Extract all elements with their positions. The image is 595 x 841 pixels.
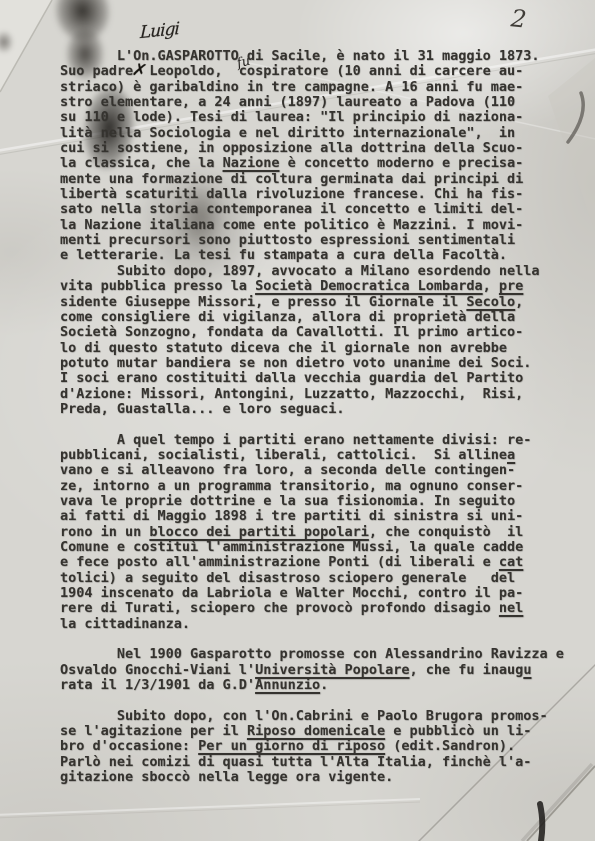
- text-line: e fece posto all'amministrazione Ponti (…: [60, 555, 580, 570]
- text-line: gitazione sboccò nella legge ora vigente…: [60, 770, 580, 785]
- typed-text-segment: Subito dopo, 1897, avvocato a Milano eso…: [60, 263, 540, 279]
- typed-text-segment: e fece posto all'amministrazione Ponti (…: [60, 554, 499, 570]
- text-line: sato nella storia contemporanea il conce…: [60, 202, 580, 217]
- typed-text-segment: come consigliere di vigilanza, allora di…: [60, 309, 515, 325]
- typed-text-segment: vava le proprie dottrine e la sua fision…: [60, 493, 515, 509]
- typed-text-segment: Preda, Guastalla... e loro seguaci.: [60, 401, 344, 417]
- typed-text-segment: e pubblicò un li-: [385, 723, 531, 739]
- typed-text-segment: , che conquistò il: [369, 524, 523, 540]
- text-line: d'Azione: Missori, Antongini, Luzzatto, …: [60, 387, 580, 402]
- underlined-text: Riposo domenicale: [247, 723, 385, 739]
- typed-text-segment: mente una formazione di coltura germinat…: [60, 171, 523, 187]
- typed-text-segment: e letterarie. La tesi fu stampata a cura…: [60, 247, 507, 263]
- typed-text-segment: I soci erano costituiti dalla vecchia gu…: [60, 370, 523, 386]
- typed-text-segment: Subito dopo, con l'On.Cabrini e Paolo Br…: [60, 708, 548, 724]
- typed-text-segment: la classica, che la: [60, 155, 223, 171]
- typed-text-segment: lità nella Sociologia e nel diritto inte…: [60, 125, 515, 141]
- text-line: la classica, che la Nazione è concetto m…: [60, 156, 580, 171]
- underlined-text: cat: [499, 554, 523, 570]
- paragraph: Subito dopo, con l'On.Cabrini e Paolo Br…: [60, 709, 580, 786]
- typed-text-segment: Suo padre Leopoldo, cospiratore (10 anni…: [60, 63, 523, 79]
- text-line: Subito dopo, 1897, avvocato a Milano eso…: [60, 264, 580, 279]
- text-line: I soci erano costituiti dalla vecchia gu…: [60, 371, 580, 386]
- typed-text-segment: Comune e costituì l'amministrazione Muss…: [60, 539, 523, 555]
- text-line: Nel 1900 Gasparotto promosse con Alessan…: [60, 647, 580, 662]
- document-page: Luigi 2 fu ✗ L'On.GASPAROTTO di Sacile, …: [0, 0, 595, 841]
- text-line: sidente Giuseppe Missori, e presso il Gi…: [60, 295, 580, 310]
- text-line: striaco) è garibaldino in tre campagne. …: [60, 80, 580, 95]
- typed-text-segment: 1904 inscenato da Labriola e Walter Mocc…: [60, 585, 523, 601]
- paragraph: Nel 1900 Gasparotto promosse con Alessan…: [60, 647, 580, 693]
- typed-text-segment: Nel 1900 Gasparotto promosse con Alessan…: [60, 646, 564, 662]
- typed-text-segment: rata il 1/3/1901 da G.D': [60, 677, 255, 693]
- typed-text-segment: la cittadinanza.: [60, 616, 190, 632]
- underlined-text: Nazione: [223, 155, 280, 171]
- paragraph: L'On.GASPAROTTO di Sacile, è nato il 31 …: [60, 49, 580, 264]
- typed-text-segment: ai fatti di Maggio 1898 i tre partiti di…: [60, 508, 523, 524]
- handwritten-name: Luigi: [140, 19, 179, 43]
- text-line: vita pubblica presso la Società Democrat…: [60, 279, 580, 294]
- typed-text-segment: rere di Turati, sciopero che provocò pro…: [60, 600, 499, 616]
- typed-text-segment: , che fu inaug: [410, 662, 524, 678]
- text-line: ai fatti di Maggio 1898 i tre partiti di…: [60, 509, 580, 524]
- typed-text-segment: su 110 e lode). Tesi di laurea: "Il prin…: [60, 109, 523, 125]
- typed-text-segment: bro d'occasione:: [60, 738, 198, 754]
- text-line: lo di questo statuto diceva che il giorn…: [60, 341, 580, 356]
- typed-text-segment: Parlò nei comizi di quasi tutta l'Alta I…: [60, 754, 531, 770]
- underlined-text: Società Democratica Lombarda: [255, 278, 483, 294]
- underlined-text: Università Popolare: [255, 662, 409, 678]
- underlined-text: pre: [499, 278, 523, 294]
- typed-text-segment: vano e si alleavono fra loro, a seconda …: [60, 462, 515, 478]
- text-line: Osvaldo Gnocchi-Viani l'Università Popol…: [60, 663, 580, 678]
- text-line: potuto mutar bandiera se non dietro voto…: [60, 356, 580, 371]
- typed-text-segment: potuto mutar bandiera se non dietro voto…: [60, 355, 531, 371]
- typed-text-segment: d'Azione: Missori, Antongini, Luzzatto, …: [60, 386, 523, 402]
- text-line: Parlò nei comizi di quasi tutta l'Alta I…: [60, 755, 580, 770]
- paragraph: Subito dopo, 1897, avvocato a Milano eso…: [60, 264, 580, 417]
- typed-text-segment: vita pubblica presso la: [60, 278, 255, 294]
- typed-text-segment: lo di questo statuto diceva che il giorn…: [60, 340, 507, 356]
- text-line: Preda, Guastalla... e loro seguaci.: [60, 402, 580, 417]
- text-line: rata il 1/3/1901 da G.D'Annunzio.: [60, 678, 580, 693]
- text-line: su 110 e lode). Tesi di laurea: "Il prin…: [60, 110, 580, 125]
- text-line: Società Sonzogno, fondata da Cavallotti.…: [60, 325, 580, 340]
- text-line: Subito dopo, con l'On.Cabrini e Paolo Br…: [60, 709, 580, 724]
- typed-text-segment: striaco) è garibaldino in tre campagne. …: [60, 79, 523, 95]
- typed-text-segment: sidente Giuseppe Missori, e presso il Gi…: [60, 294, 466, 310]
- typed-text-segment: ze, intorno a un programma transitorio, …: [60, 478, 523, 494]
- underlined-text: a: [507, 447, 515, 463]
- typed-text-segment: è concetto moderno e precisa-: [279, 155, 523, 171]
- typed-text-segment: tolici) a seguito del disastroso scioper…: [60, 570, 515, 586]
- ink-stain: [0, 30, 14, 54]
- text-line: mente una formazione di coltura germinat…: [60, 172, 580, 187]
- typed-text-segment: L'On.GASPAROTTO di Sacile, è nato il 31 …: [60, 48, 540, 64]
- text-line: tolici) a seguito del disastroso scioper…: [60, 571, 580, 586]
- text-line: lità nella Sociologia e nel diritto inte…: [60, 126, 580, 141]
- text-line: pubblicani, socialisti, liberali, cattol…: [60, 448, 580, 463]
- underlined-text: Secolo: [466, 294, 515, 310]
- page-number: 2: [510, 4, 528, 33]
- text-line: e letterarie. La tesi fu stampata a cura…: [60, 248, 580, 263]
- typed-text-segment: ,: [483, 278, 499, 294]
- typed-text-segment: la Nazione italiana come ente politico è…: [60, 217, 523, 233]
- typed-text-segment: cui si sostiene, in opposizione alla dot…: [60, 140, 523, 156]
- typed-text-segment: .: [320, 677, 328, 693]
- text-line: vano e si alleavono fra loro, a seconda …: [60, 463, 580, 478]
- typed-text-segment: pubblicani, socialisti, liberali, cattol…: [60, 447, 507, 463]
- text-line: vava le proprie dottrine e la sua fision…: [60, 494, 580, 509]
- underlined-text: blocco dei partiti popolari: [149, 524, 368, 540]
- text-line: Suo padre Leopoldo, cospiratore (10 anni…: [60, 64, 580, 79]
- underlined-text: u: [523, 662, 531, 678]
- typed-text-segment: se l'agitazione per il: [60, 723, 247, 739]
- text-line: come consigliere di vigilanza, allora di…: [60, 310, 580, 325]
- typed-text-segment: Osvaldo Gnocchi-Viani l': [60, 662, 255, 678]
- text-line: ze, intorno a un programma transitorio, …: [60, 479, 580, 494]
- text-line: la cittadinanza.: [60, 617, 580, 632]
- underlined-text: nel: [499, 600, 523, 616]
- typed-text-segment: Società Sonzogno, fondata da Cavallotti.…: [60, 324, 523, 340]
- typed-text: L'On.GASPAROTTO di Sacile, è nato il 31 …: [60, 49, 580, 786]
- typed-text-segment: sato nella storia contemporanea il conce…: [60, 201, 523, 217]
- text-line: bro d'occasione: Per un giorno di riposo…: [60, 739, 580, 754]
- typed-text-segment: stro elementare, a 24 anni (1897) laurea…: [60, 94, 515, 110]
- underlined-text: Annunzio: [255, 677, 320, 693]
- typed-text-segment: menti precursori sono piuttosto espressi…: [60, 232, 515, 248]
- ink-stain: [50, 0, 115, 46]
- text-line: A quel tempo i partiti erano nettamente …: [60, 433, 580, 448]
- typed-text-segment: A quel tempo i partiti erano nettamente …: [60, 432, 531, 448]
- text-line: la Nazione italiana come ente politico è…: [60, 218, 580, 233]
- typed-text-segment: ,: [515, 294, 523, 310]
- text-line: rono in un blocco dei partiti popolari, …: [60, 525, 580, 540]
- paragraph: A quel tempo i partiti erano nettamente …: [60, 433, 580, 632]
- typed-text-segment: libertà scaturiti dalla rivoluzione fran…: [60, 186, 523, 202]
- typed-text-segment: rono in un: [60, 524, 149, 540]
- typed-text-segment: (edit.Sandron).: [385, 738, 515, 754]
- text-line: rere di Turati, sciopero che provocò pro…: [60, 601, 580, 616]
- underlined-text: Per un giorno di riposo: [198, 738, 385, 754]
- typed-text-segment: gitazione sboccò nella legge ora vigente…: [60, 769, 393, 785]
